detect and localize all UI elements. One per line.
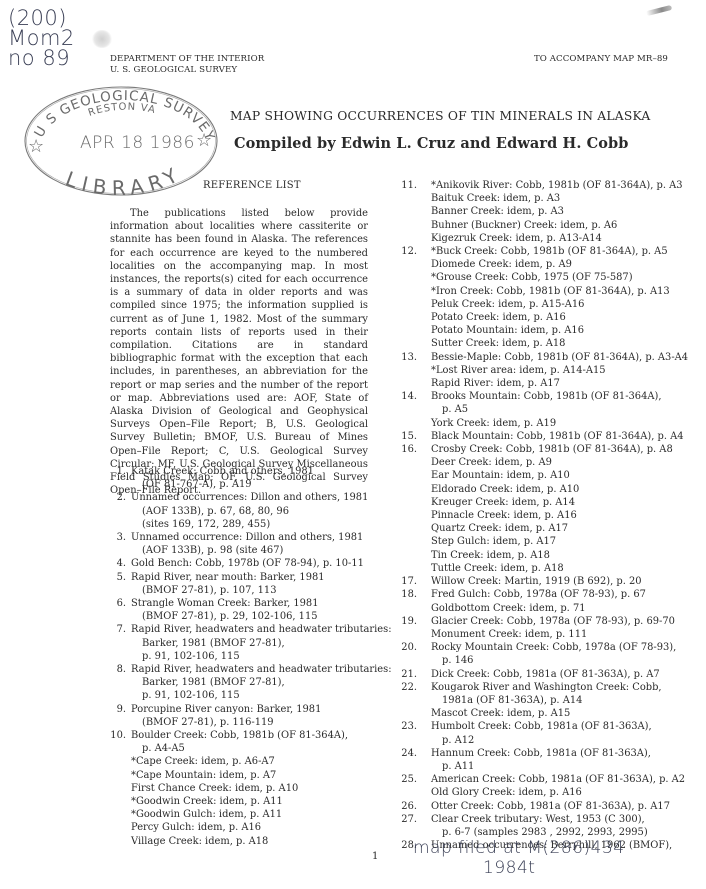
reference-line: American Creek: Cobb, 1981a (OF 81-363A)… bbox=[431, 773, 701, 786]
reference-entry: 23.Humbolt Creek: Cobb, 1981a (OF 81-363… bbox=[405, 720, 701, 746]
intro-paragraph: The publications listed below provide in… bbox=[110, 207, 368, 497]
reference-line: (BMOF 27-81), p. 107, 113 bbox=[131, 584, 372, 597]
reference-number: 16. bbox=[397, 443, 417, 456]
reference-entry: 6.Strangle Woman Creek: Barker, 1981(BMO… bbox=[110, 597, 372, 623]
reference-entry: 17.Willow Creek: Martin, 1919 (B 692), p… bbox=[405, 575, 701, 588]
handwritten-line: Mom2 bbox=[8, 28, 75, 48]
reference-subentry: Monument Creek: idem, p. 111 bbox=[431, 628, 701, 641]
department-header: DEPARTMENT OF THE INTERIOR U. S. GEOLOGI… bbox=[110, 54, 264, 76]
reference-number: 1. bbox=[110, 465, 126, 478]
reference-line: *Buck Creek: Cobb, 1981b (OF 81-364A), p… bbox=[431, 245, 701, 258]
reference-subentry: Goldbottom Creek: idem, p. 71 bbox=[431, 602, 701, 615]
reference-number: 27. bbox=[397, 813, 417, 826]
reference-line: Kougarok River and Washington Creek: Cob… bbox=[431, 681, 701, 694]
reference-entry: 15.Black Mountain: Cobb, 1981b (OF 81-36… bbox=[405, 430, 701, 443]
reference-entry: 19.Glacier Creek: Cobb, 1978a (OF 78-93)… bbox=[405, 615, 701, 641]
reference-line: Fred Gulch: Cobb, 1978a (OF 78-93), p. 6… bbox=[431, 588, 701, 601]
reference-number: 17. bbox=[397, 575, 417, 588]
reference-entry: 14.Brooks Mountain: Cobb, 1981b (OF 81-3… bbox=[405, 390, 701, 430]
reference-entry: 11.*Anikovik River: Cobb, 1981b (OF 81-3… bbox=[405, 179, 701, 245]
reference-number: 24. bbox=[397, 747, 417, 760]
reference-entry: 20.Rocky Mountain Creek: Cobb, 1978a (OF… bbox=[405, 641, 701, 667]
reference-number: 25. bbox=[397, 773, 417, 786]
reference-line: Brooks Mountain: Cobb, 1981b (OF 81-364A… bbox=[431, 390, 701, 403]
reference-list-right: 11.*Anikovik River: Cobb, 1981b (OF 81-3… bbox=[405, 179, 701, 852]
reference-subentry: York Creek: idem, p. A19 bbox=[431, 417, 701, 430]
reference-entry: 2.Unnamed occurrences: Dillon and others… bbox=[110, 491, 372, 531]
reference-subentry: Tin Creek: idem, p. A18 bbox=[431, 549, 701, 562]
handwritten-filing-note: map filed at M(286)434 1984t bbox=[413, 838, 625, 878]
reference-subentry: Kigezruk Creek: idem, p. A13-A14 bbox=[431, 232, 701, 245]
reference-line: Rapid River, near mouth: Barker, 1981 bbox=[131, 571, 372, 584]
reference-number: 4. bbox=[110, 557, 126, 570]
reference-entry: 9.Porcupine River canyon: Barker, 1981(B… bbox=[110, 703, 372, 729]
handwritten-line: (200) bbox=[8, 8, 75, 28]
library-stamp: U S GEOLOGICAL SURVEY RESTON VA APR 18 1… bbox=[18, 82, 228, 200]
reference-entry: 5.Rapid River, near mouth: Barker, 1981(… bbox=[110, 571, 372, 597]
reference-subentry: Potato Creek: idem, p. A16 bbox=[431, 311, 701, 324]
handwritten-line: 1984t bbox=[413, 858, 625, 878]
handwritten-line: no 89 bbox=[8, 48, 75, 68]
reference-number: 6. bbox=[110, 597, 126, 610]
reference-subentry: Quartz Creek: idem, p. A17 bbox=[431, 522, 701, 535]
reference-subentry: Eldorado Creek: idem, p. A10 bbox=[431, 483, 701, 496]
reference-entry: 24.Hannum Creek: Cobb, 1981a (OF 81-363A… bbox=[405, 747, 701, 773]
reference-entry: 27.Clear Creek tributary: West, 1953 (C … bbox=[405, 813, 701, 839]
reference-subentry: Peluk Creek: idem, p. A15-A16 bbox=[431, 298, 701, 311]
reference-number: 5. bbox=[110, 571, 126, 584]
reference-subentry: Potato Mountain: idem, p. A16 bbox=[431, 324, 701, 337]
reference-line: (BMOF 27-81), p. 116-119 bbox=[131, 716, 372, 729]
reference-line: p. A11 bbox=[431, 760, 701, 773]
compilers-line: Compiled by Edwin L. Cruz and Edward H. … bbox=[234, 135, 629, 152]
reference-entry: 12.*Buck Creek: Cobb, 1981b (OF 81-364A)… bbox=[405, 245, 701, 351]
reference-line: Katak Creek: Cobb and others, 1981 bbox=[131, 465, 372, 478]
reference-subentry: *Iron Creek: Cobb, 1981b (OF 81-364A), p… bbox=[431, 285, 701, 298]
reference-line: Porcupine River canyon: Barker, 1981 bbox=[131, 703, 372, 716]
reference-subentry: *Lost River area: idem, p. A14-A15 bbox=[431, 364, 701, 377]
reference-line: 1981a (OF 81-363A), p. A14 bbox=[431, 694, 701, 707]
reference-subentry: *Cape Mountain: idem, p. A7 bbox=[131, 769, 372, 782]
reference-entry: 4.Gold Bench: Cobb, 1978b (OF 78-94), p.… bbox=[110, 557, 372, 570]
accompany-map-label: TO ACCOMPANY MAP MR–89 bbox=[534, 54, 668, 64]
reference-list-left: 1.Katak Creek: Cobb and others, 1981(OF … bbox=[110, 465, 372, 848]
reference-line: (AOF 133B), p. 98 (site 467) bbox=[131, 544, 372, 557]
reference-entry: 21.Dick Creek: Cobb, 1981a (OF 81-363A),… bbox=[405, 668, 701, 681]
reference-subentry: Percy Gulch: idem, p. A16 bbox=[131, 821, 372, 834]
reference-entry: 13.Bessie-Maple: Cobb, 1981b (OF 81-364A… bbox=[405, 351, 701, 391]
reference-subentry: *Goodwin Creek: idem, p. A11 bbox=[131, 795, 372, 808]
stamp-date: APR 18 1986 bbox=[80, 133, 195, 153]
reference-line: Willow Creek: Martin, 1919 (B 692), p. 2… bbox=[431, 575, 701, 588]
reference-number: 11. bbox=[397, 179, 417, 192]
reference-entry: 8.Rapid River, headwaters and headwater … bbox=[110, 663, 372, 703]
reference-number: 23. bbox=[397, 720, 417, 733]
reference-entry: 16.Crosby Creek: Cobb, 1981b (OF 81-364A… bbox=[405, 443, 701, 575]
reference-entry: 22.Kougarok River and Washington Creek: … bbox=[405, 681, 701, 721]
reference-line: Strangle Woman Creek: Barker, 1981 bbox=[131, 597, 372, 610]
reference-subentry: Pinnacle Creek: idem, p. A16 bbox=[431, 509, 701, 522]
reference-line: (AOF 133B), p. 67, 68, 80, 96 bbox=[131, 505, 372, 518]
reference-number: 2. bbox=[110, 491, 126, 504]
reference-line: Crosby Creek: Cobb, 1981b (OF 81-364A), … bbox=[431, 443, 701, 456]
reference-line: Unnamed occurrence: Dillon and others, 1… bbox=[131, 531, 372, 544]
reference-line: p. 91, 102-106, 115 bbox=[131, 689, 372, 702]
reference-number: 12. bbox=[397, 245, 417, 258]
reference-line: Rapid River, headwaters and headwater tr… bbox=[131, 623, 372, 636]
reference-number: 21. bbox=[397, 668, 417, 681]
reference-subentry: Sutter Creek: idem, p. A18 bbox=[431, 337, 701, 350]
department-name: DEPARTMENT OF THE INTERIOR bbox=[110, 54, 264, 65]
reference-line: Hannum Creek: Cobb, 1981a (OF 81-363A), bbox=[431, 747, 701, 760]
reference-entry: 3.Unnamed occurrence: Dillon and others,… bbox=[110, 531, 372, 557]
star-icon: ☆ bbox=[196, 130, 212, 151]
reference-line: Barker, 1981 (BMOF 27-81), bbox=[131, 637, 372, 650]
reference-line: Clear Creek tributary: West, 1953 (C 300… bbox=[431, 813, 701, 826]
reference-subentry: Banner Creek: idem, p. A3 bbox=[431, 205, 701, 218]
reference-line: (OF 81-767-A), p. A19 bbox=[131, 478, 372, 491]
reference-number: 15. bbox=[397, 430, 417, 443]
reference-number: 10. bbox=[110, 729, 126, 742]
reference-number: 8. bbox=[110, 663, 126, 676]
stamp-bottom-arc: LIBRARY bbox=[62, 161, 186, 200]
reference-line: (sites 169, 172, 289, 455) bbox=[131, 518, 372, 531]
reference-line: *Anikovik River: Cobb, 1981b (OF 81-364A… bbox=[431, 179, 701, 192]
reference-number: 18. bbox=[397, 588, 417, 601]
reference-number: 19. bbox=[397, 615, 417, 628]
corner-pen-mark bbox=[646, 5, 672, 16]
reference-subentry: Ear Mountain: idem, p. A10 bbox=[431, 469, 701, 482]
reference-line: p. A12 bbox=[431, 734, 701, 747]
reference-subentry: Deer Creek: idem, p. A9 bbox=[431, 456, 701, 469]
reference-line: p. 146 bbox=[431, 654, 701, 667]
reference-subentry: *Grouse Creek: Cobb, 1975 (OF 75-587) bbox=[431, 271, 701, 284]
reference-line: Unnamed occurrences: Dillon and others, … bbox=[131, 491, 372, 504]
reference-number: 22. bbox=[397, 681, 417, 694]
reference-list-heading: REFERENCE LIST bbox=[203, 180, 301, 191]
agency-name: U. S. GEOLOGICAL SURVEY bbox=[110, 65, 264, 76]
reference-number: 20. bbox=[397, 641, 417, 654]
map-title: MAP SHOWING OCCURRENCES OF TIN MINERALS … bbox=[230, 109, 650, 123]
reference-subentry: Tuttle Creek: idem, p. A18 bbox=[431, 562, 701, 575]
reference-line: Barker, 1981 (BMOF 27-81), bbox=[131, 676, 372, 689]
reference-number: 26. bbox=[397, 800, 417, 813]
reference-entry: 1.Katak Creek: Cobb and others, 1981(OF … bbox=[110, 465, 372, 491]
reference-entry: 18.Fred Gulch: Cobb, 1978a (OF 78-93), p… bbox=[405, 588, 701, 614]
reference-line: Black Mountain: Cobb, 1981b (OF 81-364A)… bbox=[431, 430, 701, 443]
reference-line: Rocky Mountain Creek: Cobb, 1978a (OF 78… bbox=[431, 641, 701, 654]
reference-line: p. 91, 102-106, 115 bbox=[131, 650, 372, 663]
reference-line: Gold Bench: Cobb, 1978b (OF 78-94), p. 1… bbox=[131, 557, 372, 570]
reference-line: Bessie-Maple: Cobb, 1981b (OF 81-364A), … bbox=[431, 351, 701, 364]
reference-subentry: First Chance Creek: idem, p. A10 bbox=[131, 782, 372, 795]
reference-subentry: Diomede Creek: idem, p. A9 bbox=[431, 258, 701, 271]
reference-subentry: Step Gulch: idem, p. A17 bbox=[431, 535, 701, 548]
reference-line: Glacier Creek: Cobb, 1978a (OF 78-93), p… bbox=[431, 615, 701, 628]
reference-subentry: *Goodwin Gulch: idem, p. A11 bbox=[131, 808, 372, 821]
reference-line: Dick Creek: Cobb, 1981a (OF 81-363A), p.… bbox=[431, 668, 701, 681]
handwritten-catalog-note: (200) Mom2 no 89 bbox=[8, 8, 75, 68]
star-icon: ☆ bbox=[28, 136, 44, 157]
reference-line: p. A4-A5 bbox=[131, 742, 372, 755]
reference-line: (BMOF 27-81), p. 29, 102-106, 115 bbox=[131, 610, 372, 623]
handwritten-line: map filed at M(286)434 bbox=[413, 838, 625, 858]
reference-line: p. A5 bbox=[431, 403, 701, 416]
reference-number: 14. bbox=[397, 390, 417, 403]
reference-subentry: Old Glory Creek: idem, p. A16 bbox=[431, 786, 701, 799]
reference-subentry: Village Creek: idem, p. A18 bbox=[131, 835, 372, 848]
smudge-mark bbox=[92, 30, 112, 48]
reference-line: Boulder Creek: Cobb, 1981b (OF 81-364A), bbox=[131, 729, 372, 742]
reference-line: Otter Creek: Cobb, 1981a (OF 81-363A), p… bbox=[431, 800, 701, 813]
reference-subentry: Baituk Creek: idem, p. A3 bbox=[431, 192, 701, 205]
reference-entry: 25.American Creek: Cobb, 1981a (OF 81-36… bbox=[405, 773, 701, 799]
reference-subentry: Rapid River: idem, p. A17 bbox=[431, 377, 701, 390]
reference-number: 9. bbox=[110, 703, 126, 716]
reference-number: 13. bbox=[397, 351, 417, 364]
reference-line: Rapid River, headwaters and headwater tr… bbox=[131, 663, 372, 676]
page-number: 1 bbox=[372, 851, 378, 862]
reference-line: Humbolt Creek: Cobb, 1981a (OF 81-363A), bbox=[431, 720, 701, 733]
reference-entry: 26.Otter Creek: Cobb, 1981a (OF 81-363A)… bbox=[405, 800, 701, 813]
reference-entry: 7.Rapid River, headwaters and headwater … bbox=[110, 623, 372, 663]
reference-entry: 10.Boulder Creek: Cobb, 1981b (OF 81-364… bbox=[110, 729, 372, 848]
reference-number: 3. bbox=[110, 531, 126, 544]
reference-subentry: Buhner (Buckner) Creek: idem, p. A6 bbox=[431, 219, 701, 232]
reference-subentry: Kreuger Creek: idem, p. A14 bbox=[431, 496, 701, 509]
reference-number: 7. bbox=[110, 623, 126, 636]
reference-subentry: *Cape Creek: idem, p. A6-A7 bbox=[131, 755, 372, 768]
reference-subentry: Mascot Creek: idem, p. A15 bbox=[431, 707, 701, 720]
